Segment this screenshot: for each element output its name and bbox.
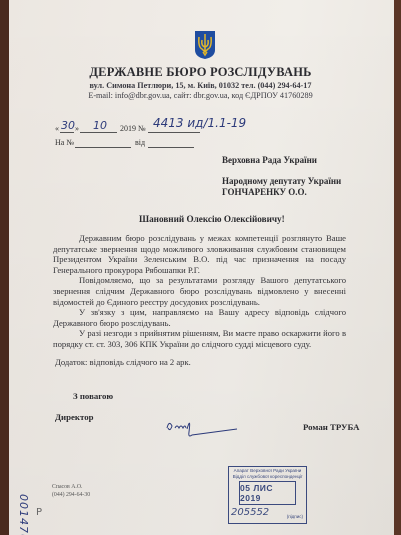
number-underline [148,132,200,133]
letter-body: Державним бюро розслідувань у межах комп… [53,233,346,350]
margin-registration-number: 001476 [17,494,30,535]
body-paragraph: У зв'язку з цим, направляємо на Вашу адр… [53,307,346,328]
salutation: Шановний Олексію Олексійовичу! [139,214,285,224]
body-paragraph: Повідомляємо, що за результатами розгляд… [53,275,346,307]
body-paragraph: Державним бюро розслідувань у межах комп… [53,233,346,275]
signer-position: Директор [55,412,93,422]
executor-phone: (044) 294-64-30 [52,492,90,498]
organization-name: ДЕРЖАВНЕ БЮРО РОЗСЛІДУВАНЬ [0,65,401,80]
trident-coat-of-arms-icon [194,30,216,60]
attachment-note: Додаток: відповідь слідчого на 2 арк. [55,357,191,367]
reply-to-field [75,147,131,148]
body-paragraph: У разі незгоди з прийнятим рішенням, Ви … [53,328,346,349]
closing-regards: З повагою [73,391,113,401]
signature-icon [165,418,255,440]
stamp-signature-label: (підпис) [287,514,303,519]
from-label: від [135,138,145,147]
date-close-quote: » [75,124,79,133]
executor-name: Спасов А.О. [52,484,82,490]
date-open-quote: « [55,124,59,133]
organization-address: вул. Симона Петлюри, 15, м. Київ, 01032 … [0,81,401,90]
month-underline [80,132,117,133]
registration-month: 10 [93,119,107,132]
reply-to-label: На № [55,138,74,147]
day-underline [60,132,74,133]
stamp-date: 05 ЛИС 2019 [239,481,296,505]
year-label: 2019 № [120,124,146,133]
organization-contacts: E-mail: info@dbr.gov.ua, сайт: dbr.gov.u… [0,91,401,100]
recipient-title: Народному депутату України [222,176,341,186]
from-field [148,147,194,148]
registration-number: 4413 ид/1.1-19 [153,116,246,130]
margin-mark: Р [36,507,42,518]
stamp-header: Апарат Верховної Ради України Відділ слу… [229,468,306,479]
received-stamp: Апарат Верховної Ради України Відділ слу… [228,466,307,524]
signatory-name: Роман ТРУБА [303,422,360,432]
recipient-organization: Верховна Рада України [222,155,317,165]
registration-day: 30 [61,119,75,132]
recipient-name: ГОНЧАРЕНКУ О.О. [222,187,307,197]
stamp-reg-number: 205552 [231,507,269,518]
